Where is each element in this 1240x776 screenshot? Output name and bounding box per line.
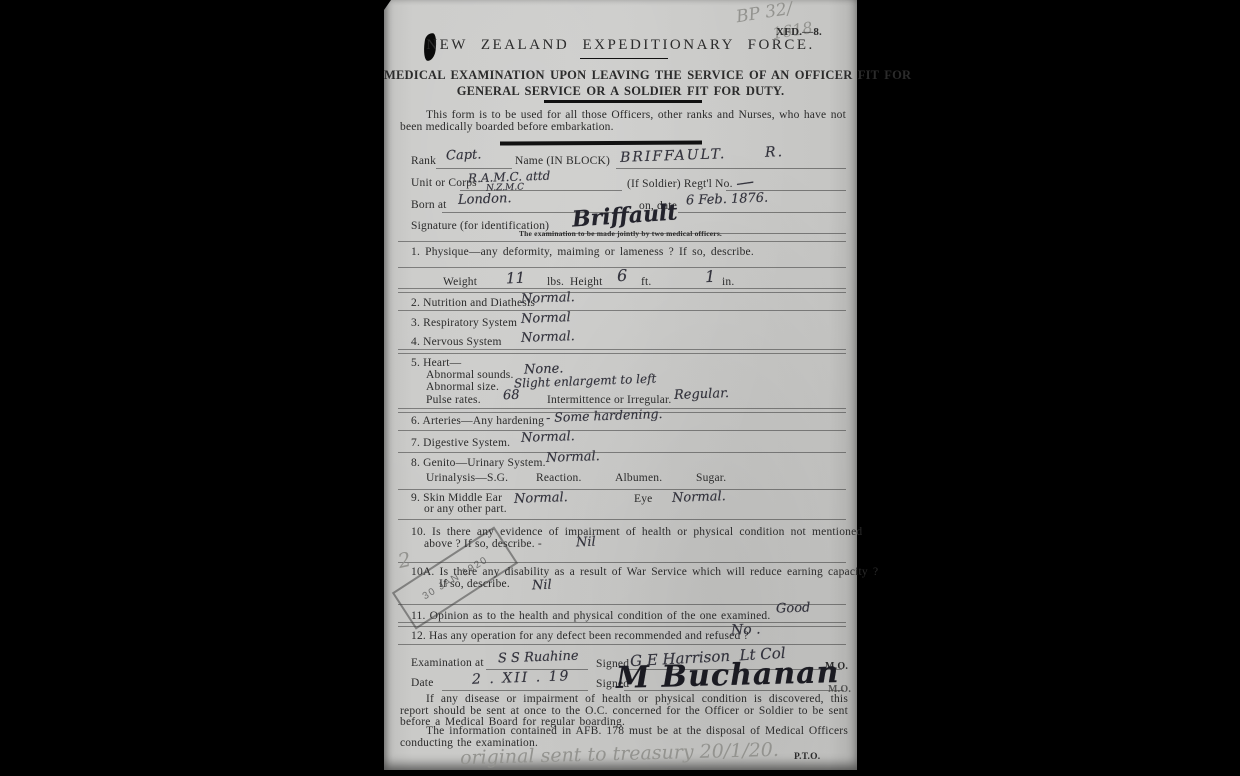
urinalysis-sg-label: Urinalysis—S.G. xyxy=(426,472,508,484)
height-ft-value: 6 xyxy=(617,266,628,285)
weight-value: 11 xyxy=(506,269,526,288)
q10a-value: Nil xyxy=(532,578,552,594)
paper-corner-mark xyxy=(384,0,391,10)
q4-label: 4. Nervous System xyxy=(411,336,502,348)
date-value: 2 . XII . 19 xyxy=(472,668,571,687)
unit-label: Unit or Corps xyxy=(411,177,477,189)
q9-eye-label: Eye xyxy=(634,493,652,505)
footer-paragraph-1: If any disease or impairment of health o… xyxy=(400,694,848,729)
weight-label: Weight xyxy=(443,276,477,288)
rule xyxy=(398,626,846,627)
q2-value: Normal. xyxy=(521,290,575,307)
q5-intermittence-value: Regular. xyxy=(674,386,730,403)
form-paper: BP 32/ 1618 XFD.—8. NEW ZEALAND EXPEDITI… xyxy=(384,0,857,770)
scanned-document-view: BP 32/ 1618 XFD.—8. NEW ZEALAND EXPEDITI… xyxy=(0,0,1240,776)
weight-unit-label: lbs. xyxy=(547,276,564,288)
q6-label: 6. Arteries—Any hardening xyxy=(411,415,544,427)
q4-value: Normal. xyxy=(521,329,575,346)
in-label: in. xyxy=(722,276,734,288)
rule xyxy=(398,310,846,311)
urinalysis-albumen-label: Albumen. xyxy=(615,472,662,484)
born-date-underline xyxy=(678,212,846,213)
examination-at-value: S S Ruahine xyxy=(498,649,579,667)
date-underline xyxy=(442,690,588,691)
q9-label-line2: or any other part. xyxy=(424,503,507,515)
q5-size-label: Abnormal size. xyxy=(426,381,499,393)
height-label: Height xyxy=(570,276,603,288)
heading-underline-bar xyxy=(544,100,702,103)
q1-label: 1. Physique—any deformity, maiming or la… xyxy=(411,246,754,258)
rule xyxy=(398,349,846,350)
q10a-label-line2: If so, describe. xyxy=(439,578,510,590)
rule xyxy=(398,353,846,354)
date-label: Date xyxy=(411,677,434,689)
q9-value: Normal. xyxy=(514,490,568,507)
q10a-label-line1: 10A. Is there any disability as a result… xyxy=(411,566,878,578)
urinalysis-sugar-label: Sugar. xyxy=(696,472,726,484)
name-value: BRIFFAULT. R. xyxy=(620,144,785,166)
q6-value: - Some hardening. xyxy=(546,406,663,425)
q12-label: 12. Has any operation for any defect bee… xyxy=(411,630,749,642)
urinalysis-reaction-label: Reaction. xyxy=(536,472,582,484)
identification-signature: Briffault xyxy=(571,199,678,232)
rank-value: Capt. xyxy=(446,147,482,163)
form-heading-line1: MEDICAL EXAMINATION UPON LEAVING THE SER… xyxy=(384,68,857,83)
q3-label: 3. Respiratory System xyxy=(411,317,517,329)
intro-paragraph: This form is to be used for all those Of… xyxy=(400,110,846,133)
q5-sounds-label: Abnormal sounds. xyxy=(426,369,514,381)
regtl-label: (If Soldier) Regt'l No. xyxy=(627,178,733,190)
rule xyxy=(398,241,846,242)
q5-label: 5. Heart— xyxy=(411,357,461,369)
joint-examination-note: The examination to be made jointly by tw… xyxy=(384,229,857,238)
rule xyxy=(398,292,846,293)
rank-label: Rank xyxy=(411,155,436,167)
q8-value: Normal. xyxy=(546,449,600,466)
ft-label: ft. xyxy=(641,276,652,288)
rule xyxy=(398,288,846,289)
born-at-value: London. xyxy=(458,191,512,208)
q2-label: 2. Nutrition and Diathesis xyxy=(411,297,535,309)
q8-label: 8. Genito—Urinary System. xyxy=(411,457,546,469)
pto-label: P.T.O. xyxy=(794,752,820,762)
born-at-label: Born at xyxy=(411,199,447,211)
q5-pulse-label: Pulse rates. xyxy=(426,394,481,406)
rule xyxy=(398,622,846,623)
name-underline xyxy=(616,168,846,169)
height-in-value: 1 xyxy=(705,267,716,286)
title-underline xyxy=(580,58,668,59)
heavy-rule-bar xyxy=(500,140,702,145)
unit-underline xyxy=(460,190,622,191)
signed2-underline xyxy=(624,690,844,691)
rule xyxy=(398,489,846,490)
q5-intermittence-label: Intermittence or Irregular. xyxy=(547,394,672,406)
examination-at-label: Examination at xyxy=(411,657,484,669)
q3-value: Normal xyxy=(521,310,571,327)
q10-value: Nil xyxy=(576,535,596,551)
q12-value: No . xyxy=(731,621,761,638)
form-title: NEW ZEALAND EXPEDITIONARY FORCE. xyxy=(384,37,857,54)
q11-label: 11. Opinion as to the health and physica… xyxy=(411,610,770,622)
rank-underline xyxy=(436,168,512,169)
q7-value: Normal. xyxy=(521,429,575,446)
q11-value: Good xyxy=(776,600,811,616)
q9-eye-value: Normal. xyxy=(672,489,726,506)
rule xyxy=(398,430,846,431)
rule xyxy=(398,519,846,520)
name-label: Name (IN BLOCK) xyxy=(515,155,610,167)
born-date-value: 6 Feb. 1876. xyxy=(686,191,769,209)
rule xyxy=(398,452,846,453)
q7-label: 7. Digestive System. xyxy=(411,437,510,449)
q5-pulse-value: 68 xyxy=(503,388,520,404)
form-heading-line2: GENERAL SERVICE OR A SOLDIER FIT FOR DUT… xyxy=(384,84,857,99)
